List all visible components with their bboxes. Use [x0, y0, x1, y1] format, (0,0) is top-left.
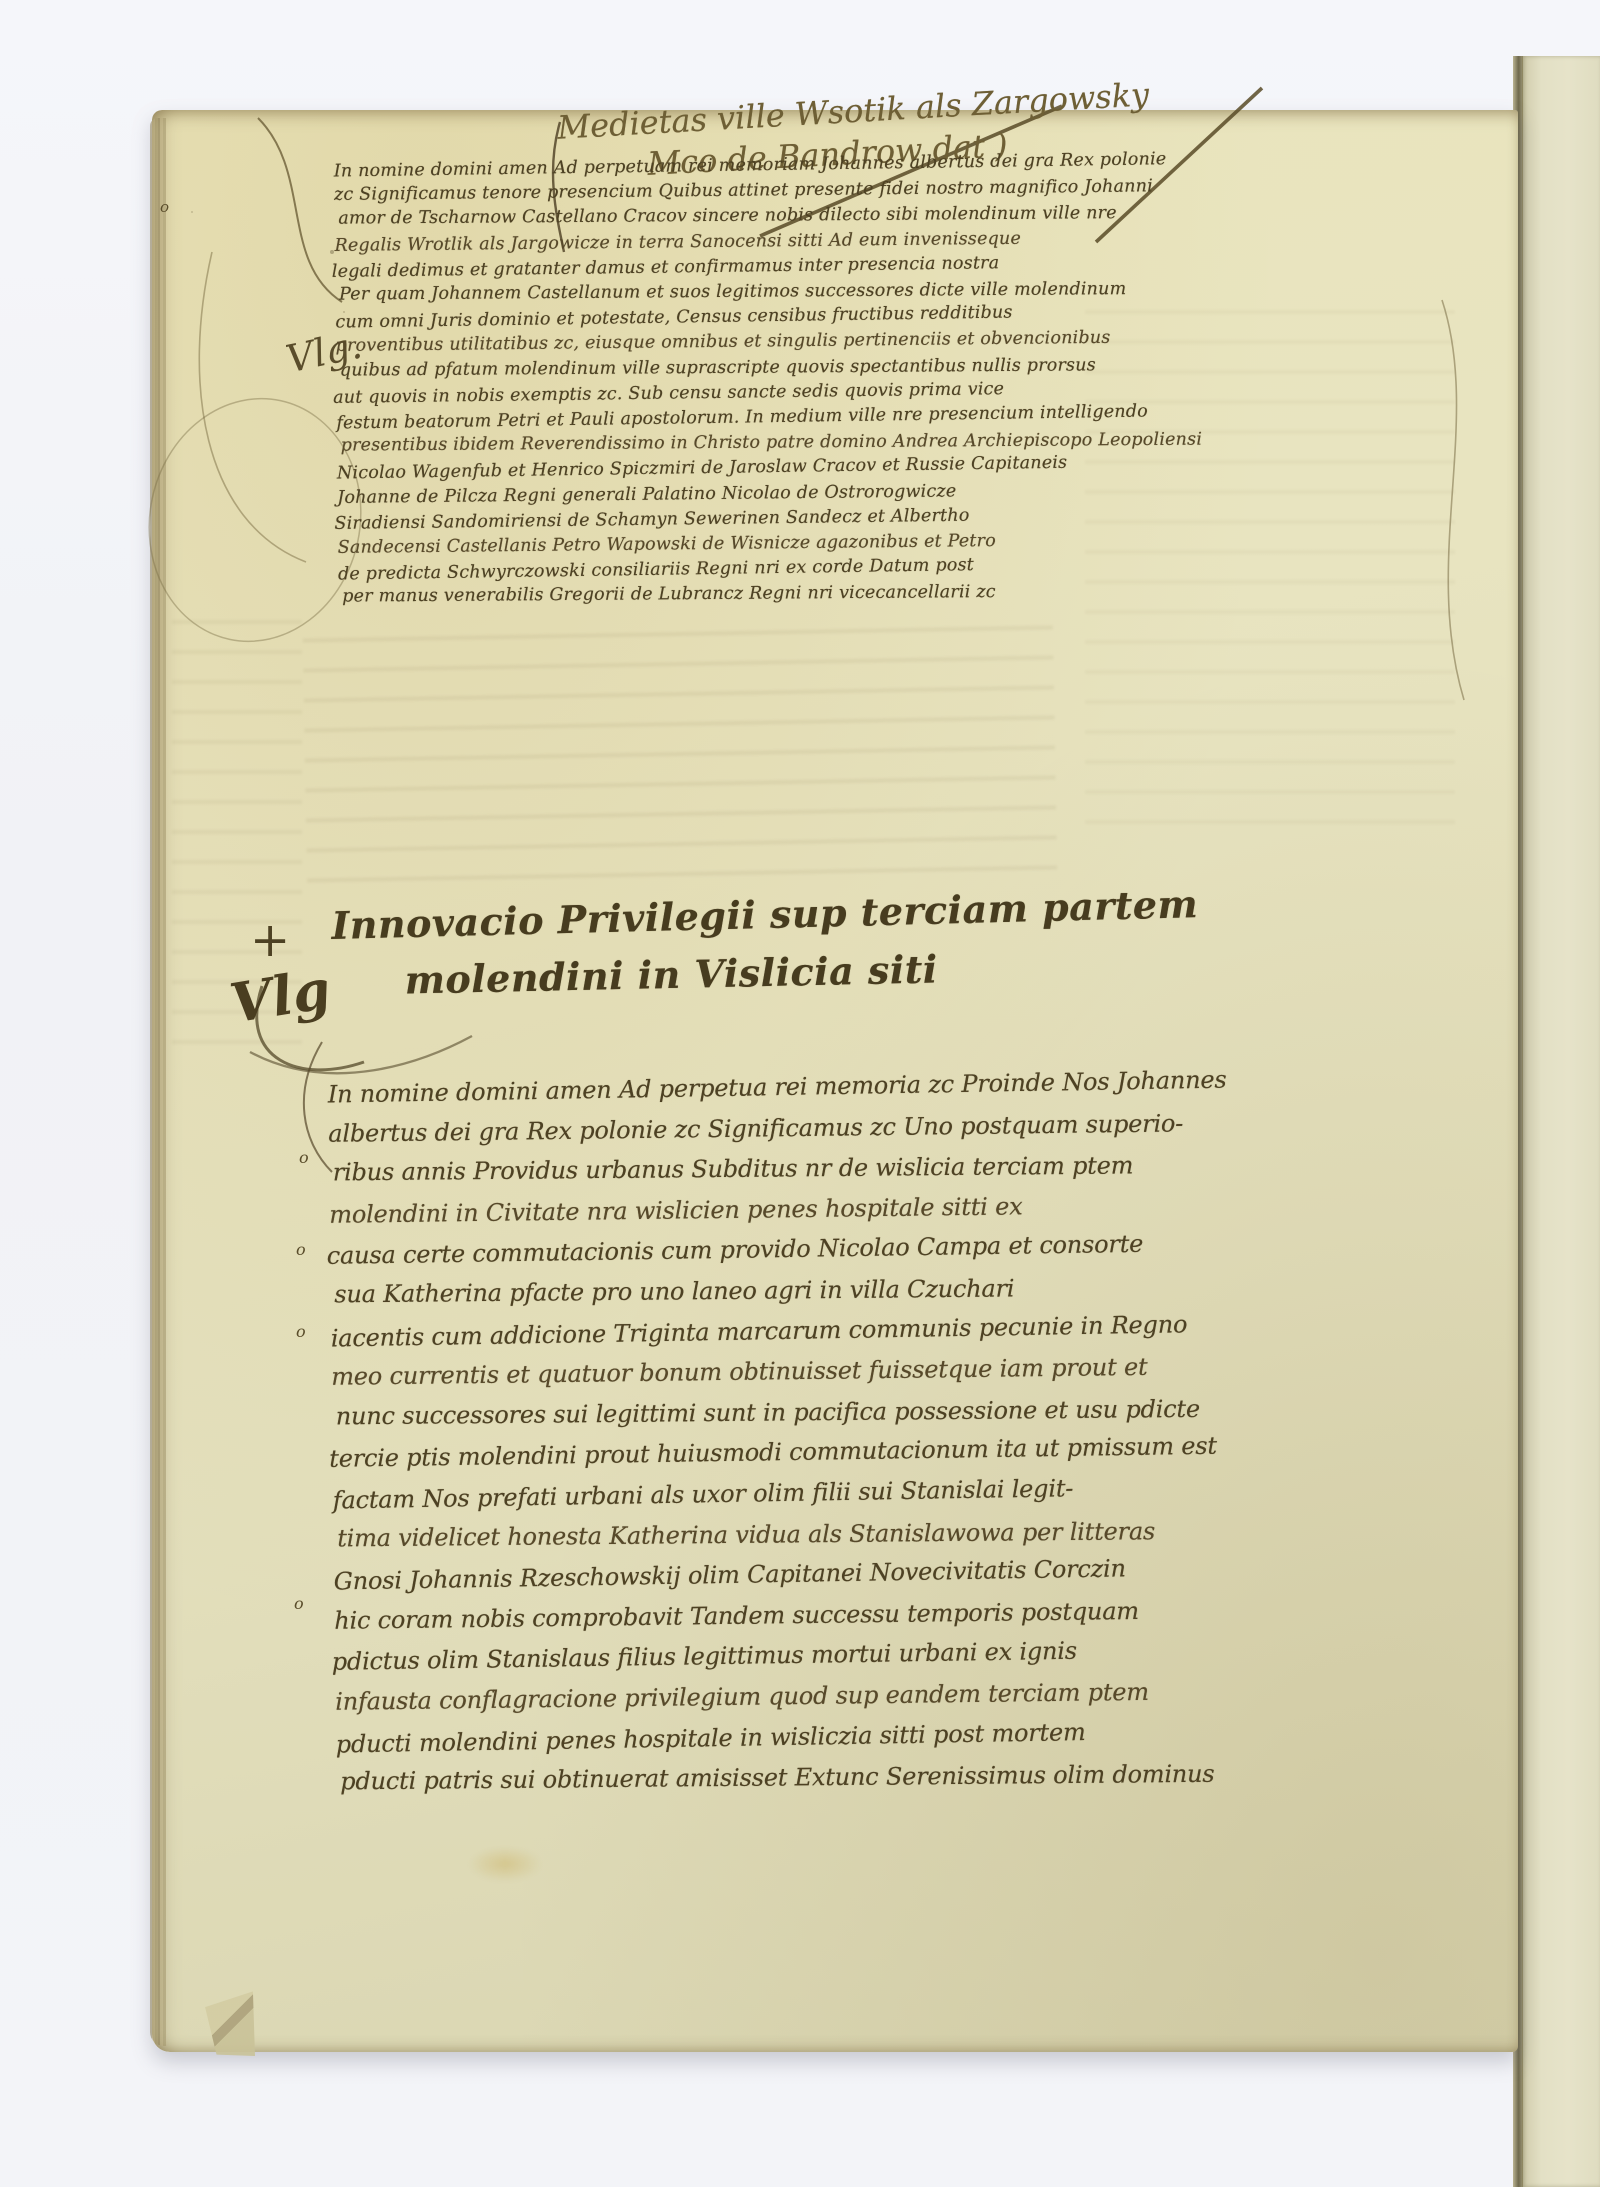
text-line: ribus annis Providus urbanus Subditus nr… — [333, 1146, 1113, 1193]
scanned-manuscript-photo: { "document": { "type": "medieval manusc… — [0, 0, 1600, 2187]
margin-o-mark: o — [296, 1240, 306, 1259]
text-line: pducti patris sui obtinuerat amisisset E… — [340, 1755, 1120, 1802]
margin-o-mark: o — [296, 1322, 306, 1341]
section-heading: Innovacio Privilegii sup terciam partem … — [331, 877, 1200, 1011]
paper-stain — [468, 1846, 542, 1882]
margin-plus-mark: + — [250, 912, 290, 968]
text-block-1: In nomine domini amen Ad perpetuam rei m… — [334, 150, 1084, 611]
next-page-edge — [1522, 56, 1600, 2187]
margin-o-mark: o — [299, 1148, 309, 1167]
margin-o-mark: o — [294, 1594, 304, 1613]
ink-speckles — [330, 250, 334, 254]
page-left-edge-texture — [150, 118, 166, 2046]
margin-o-mark: o — [160, 198, 169, 216]
text-block-2: In nomine domini amen Ad perpetua rei me… — [328, 1063, 1117, 1803]
